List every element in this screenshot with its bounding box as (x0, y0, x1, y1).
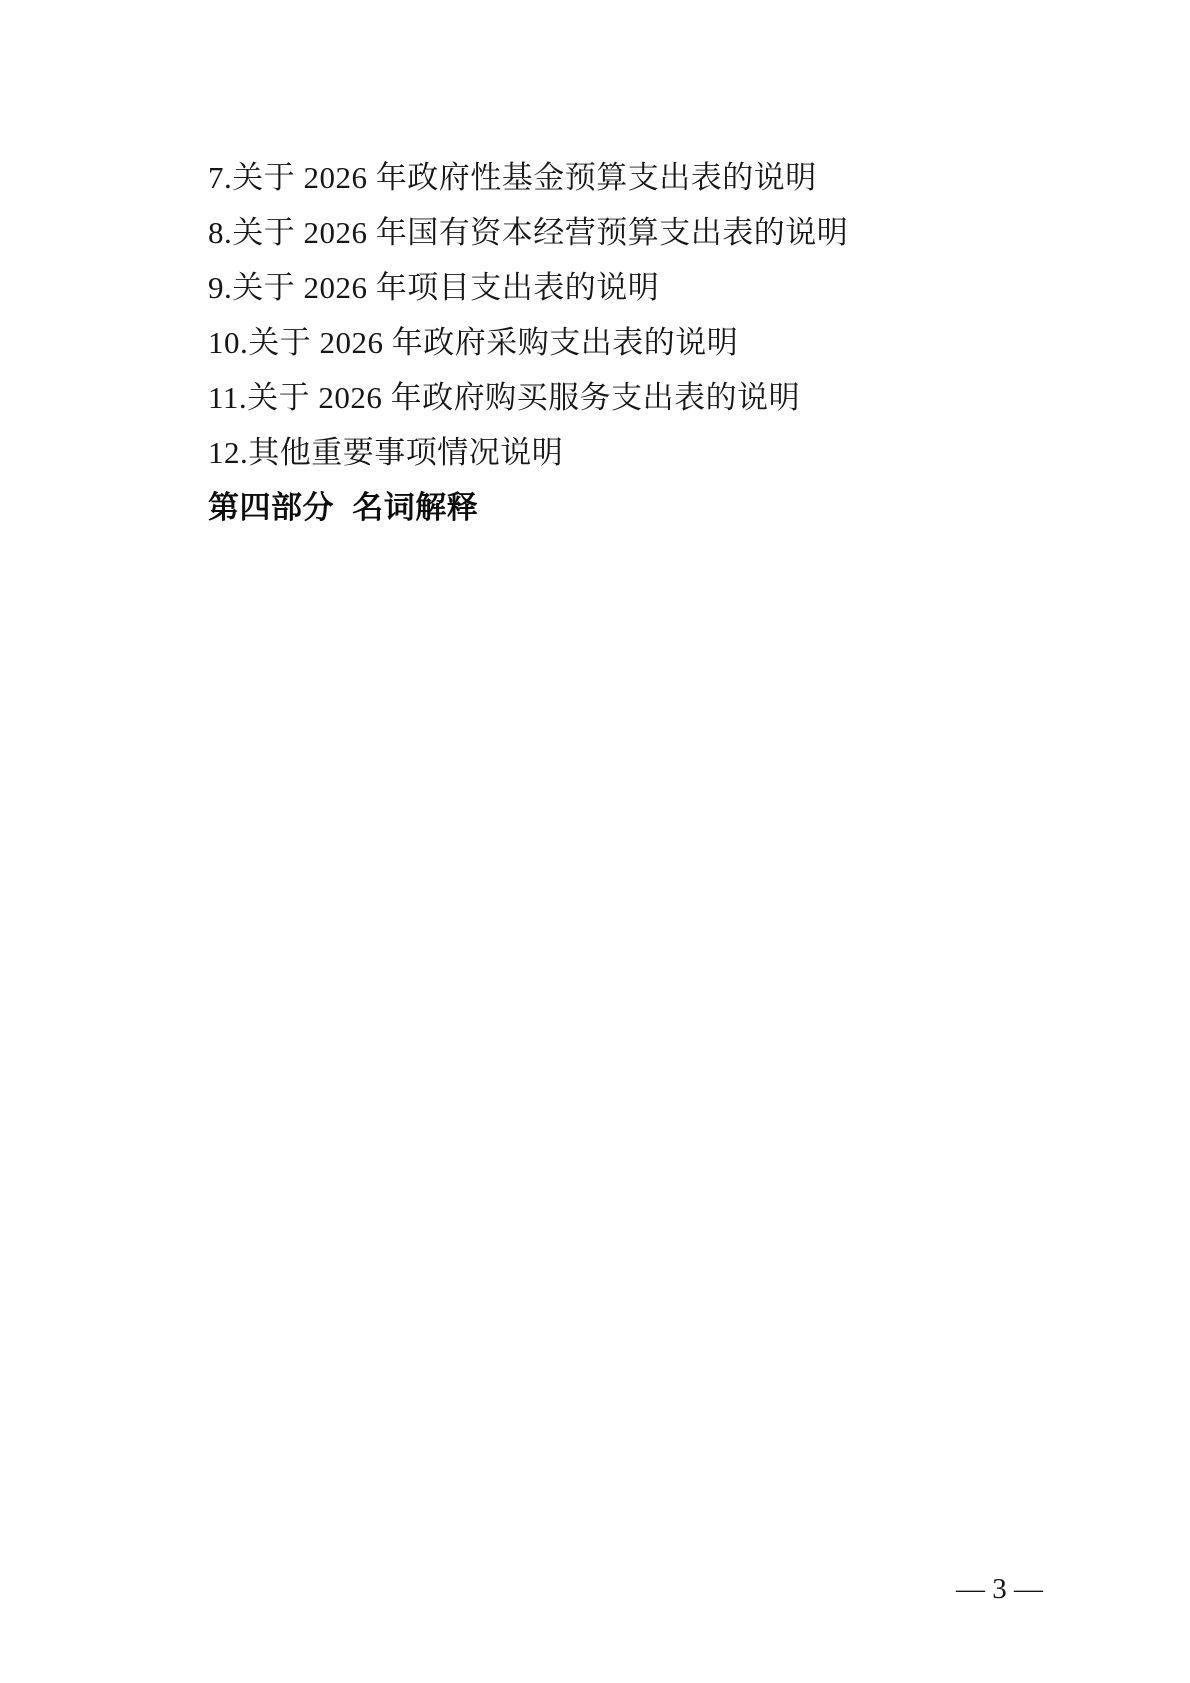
page-footer: — 3 — (956, 1572, 1043, 1606)
toc-item-12: 12.其他重要事项情况说明 (208, 425, 1100, 480)
document-page: 7.关于 2026 年政府性基金预算支出表的说明 8.关于 2026 年国有资本… (0, 0, 1190, 1683)
toc-item-10: 10.关于 2026 年政府采购支出表的说明 (208, 315, 1100, 370)
toc-item-11: 11.关于 2026 年政府购买服务支出表的说明 (208, 370, 1100, 425)
section-heading-part-four: 第四部分 名词解释 (208, 480, 1100, 535)
table-of-contents: 7.关于 2026 年政府性基金预算支出表的说明 8.关于 2026 年国有资本… (208, 150, 1100, 535)
page-number: — 3 — (956, 1573, 1043, 1605)
toc-item-9: 9.关于 2026 年项目支出表的说明 (208, 260, 1100, 315)
toc-item-8: 8.关于 2026 年国有资本经营预算支出表的说明 (208, 205, 1100, 260)
toc-item-7: 7.关于 2026 年政府性基金预算支出表的说明 (208, 150, 1100, 205)
